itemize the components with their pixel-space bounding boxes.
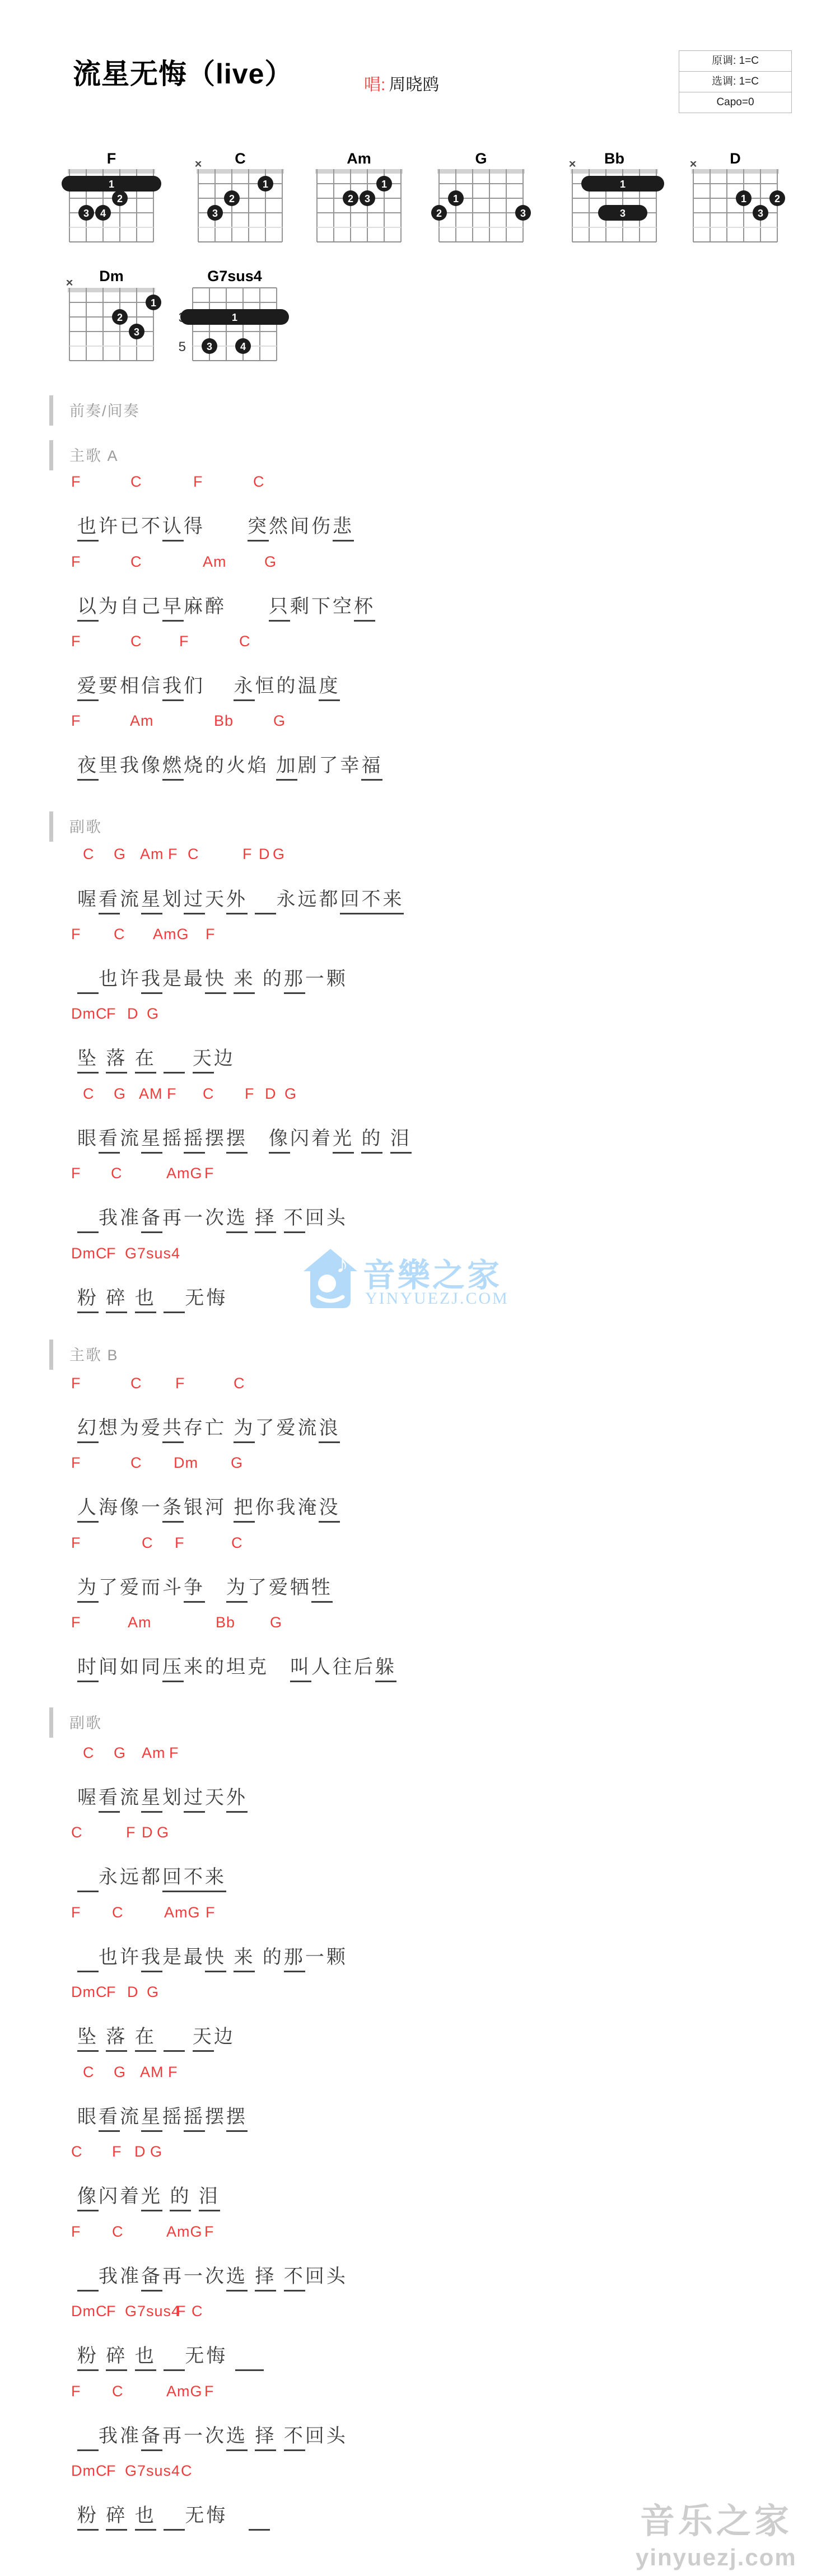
lyric-segment-underlined: 摇 xyxy=(184,1128,205,1154)
lyric-segment-underlined xyxy=(235,2345,264,2371)
chord: F xyxy=(167,1085,177,1103)
chord: G xyxy=(114,1744,126,1762)
chord: F xyxy=(169,1744,179,1762)
chord: F xyxy=(206,1904,216,1921)
lyric-segment xyxy=(269,755,276,776)
lyric-segment xyxy=(382,1128,390,1149)
lyric-segment-underlined: 悲 xyxy=(333,516,354,542)
chord: F xyxy=(71,2383,81,2400)
chord: C xyxy=(203,1085,214,1103)
chord-line: CGAMFCFDG xyxy=(0,1085,840,1108)
svg-text:2: 2 xyxy=(117,312,123,323)
lyric-segment: 摇 xyxy=(162,1128,184,1149)
chord: F xyxy=(71,1165,81,1182)
lyric-line: 像闪着光 的 泪 xyxy=(77,2181,220,2208)
chord-diagram-F: 1234 xyxy=(53,161,170,256)
lyric-segment: 你我淹 xyxy=(255,1497,319,1518)
section-bar xyxy=(49,1340,53,1370)
lyric-segment: 是最 xyxy=(162,1947,205,1968)
lyric-segment: 眼 xyxy=(77,1128,99,1149)
lyric-segment: 们 xyxy=(184,675,205,697)
svg-text:♪: ♪ xyxy=(336,1250,348,1278)
lyric-segment: 流 xyxy=(120,1128,141,1149)
chord: DmC xyxy=(71,1245,108,1262)
chord: F xyxy=(168,2064,178,2081)
chord: C xyxy=(83,1744,95,1762)
sing-label: 唱: xyxy=(364,76,385,94)
chord: C xyxy=(253,473,265,491)
lyric-segment: 再一次 xyxy=(162,1207,226,1229)
lyric-segment-underlined: 叫 xyxy=(290,1656,311,1682)
chord: C xyxy=(112,1904,124,1921)
lyric-segment-underlined: 那 xyxy=(284,1947,305,1972)
chord: C xyxy=(181,2462,193,2480)
chord: F xyxy=(71,1534,81,1552)
lyric-segment-underlined: 不 xyxy=(284,2425,305,2451)
chord: D xyxy=(134,2143,146,2160)
lyric-segment-underlined: 条 xyxy=(162,1497,184,1523)
lyric-line: 也许已不认得 突然间伤悲 xyxy=(77,511,354,538)
lyric-segment-underlined: 光 xyxy=(333,1128,354,1154)
lyric-segment: 摇 xyxy=(162,2106,184,2127)
chord: Am xyxy=(203,553,227,571)
chord-line: CGAmFCFDG xyxy=(0,846,840,868)
chord: Am xyxy=(130,712,154,730)
chord: F xyxy=(71,926,81,943)
lyric-segment: 想为爱 xyxy=(99,1417,162,1439)
chord: G xyxy=(270,1614,282,1631)
chord: C xyxy=(112,2383,124,2400)
chord: C xyxy=(71,1824,83,1841)
lyric-segment-underlined: 回不来 xyxy=(162,1866,226,1892)
lyric-segment-underlined: 也 xyxy=(135,1287,156,1313)
lyric-segment-underlined: 只 xyxy=(269,596,290,622)
lyric-segment: 再一次 xyxy=(162,2425,226,2447)
svg-text:5: 5 xyxy=(179,339,186,354)
chord-line: CFDG xyxy=(0,1824,840,1846)
chord: D xyxy=(259,846,270,863)
svg-text:×: × xyxy=(569,161,576,171)
chord-diagram-G: 123 xyxy=(422,161,540,256)
lyric-segment-underlined: 争 xyxy=(184,1577,205,1603)
lyric-segment xyxy=(226,1947,234,1968)
lyric-segment xyxy=(127,2345,134,2367)
chord: F xyxy=(206,926,216,943)
chord: G7sus4 xyxy=(125,1245,180,1262)
chord: Dm xyxy=(174,1454,198,1472)
section-label: 主歌 A xyxy=(69,444,119,465)
chord: G xyxy=(114,1085,126,1103)
lyric-segment: 喔 xyxy=(77,889,99,910)
lyric-line: 我准备再一次选 择 不回头 xyxy=(77,2420,348,2448)
lyric-segment-underlined xyxy=(77,1947,99,1972)
page-title: 流星无悔（live） xyxy=(73,52,293,92)
lyric-line: 坠 落 在 天边 xyxy=(77,2021,235,2048)
chord: F xyxy=(71,1454,81,1472)
lyric-segment: 无悔 xyxy=(185,2345,227,2367)
chord: AM xyxy=(139,1085,163,1103)
lyric-segment: 永远都 xyxy=(99,1866,162,1888)
chord-line: DmCFG7sus4FC xyxy=(0,2303,840,2325)
lyric-segment xyxy=(248,2266,255,2287)
chord: C xyxy=(112,2223,124,2241)
lyric-line: 眼看流星摇摇摆摆 xyxy=(77,2101,248,2129)
chord: C xyxy=(83,2064,95,2081)
chord: Am xyxy=(140,846,164,863)
lyric-segment-underlined: 牲 xyxy=(311,1577,333,1603)
svg-text:3: 3 xyxy=(365,193,370,204)
lyric-segment-underlined: 把 xyxy=(234,1497,255,1523)
chord: F xyxy=(168,846,178,863)
capo: Capo=0 xyxy=(679,92,792,113)
lyric-segment-underlined: 像 xyxy=(269,1128,290,1154)
lyric-line: 幻想为爱共存亡 为了爱流浪 xyxy=(77,1412,340,1440)
lyric-segment xyxy=(127,2505,134,2526)
lyric-segment: 摆 xyxy=(205,2106,226,2127)
lyric-line: 也许我是最快 来 的那一颗 xyxy=(77,963,348,991)
lyric-segment xyxy=(99,1287,106,1309)
lyric-segment-underlined: 爱 xyxy=(77,675,99,701)
lyric-segment xyxy=(156,2505,164,2526)
lyric-line: 我准备再一次选 择 不回头 xyxy=(77,2261,348,2288)
lyric-segment xyxy=(205,1577,226,1598)
lyric-segment: 的 xyxy=(255,968,283,990)
lyric-segment-underlined: 看 xyxy=(99,2106,120,2132)
watermark-mid: ♪ 音樂之家 YINYUEZJ.COM xyxy=(302,1248,358,1313)
lyric-segment-underlined xyxy=(164,1287,185,1313)
lyric-segment-underlined: 压 xyxy=(162,1656,184,1682)
chord: G xyxy=(114,2064,126,2081)
lyric-segment: 一颗 xyxy=(305,1947,348,1968)
svg-text:1: 1 xyxy=(151,297,156,309)
lyric-segment-underlined: 看 xyxy=(99,1128,120,1154)
svg-text:1: 1 xyxy=(109,179,114,190)
lyric-segment-underlined: 备 xyxy=(141,2266,162,2292)
chord: F xyxy=(179,633,189,650)
lyric-segment-underlined: 星 xyxy=(141,1787,162,1813)
chord: AmG xyxy=(164,1904,200,1921)
lyric-line: 人海像一条银河 把你我淹没 xyxy=(77,1492,340,1519)
lyric-segment: 闪着 xyxy=(290,1128,333,1149)
lyric-segment: 边 xyxy=(214,1048,235,1069)
svg-text:2: 2 xyxy=(436,208,442,219)
lyric-segment xyxy=(248,889,255,910)
lyric-segment-underlined: 看 xyxy=(99,1787,120,1813)
chord: G xyxy=(231,1454,243,1472)
lyric-segment-underlined: 碎 xyxy=(106,2505,127,2531)
chord: F xyxy=(71,633,81,650)
lyric-segment: 流 xyxy=(120,889,141,910)
lyric-segment-underlined: 那 xyxy=(284,968,305,994)
lyric-segment-underlined: 不 xyxy=(284,2266,305,2292)
lyric-segment: 麻醉 xyxy=(184,596,226,617)
lyric-line: 眼看流星摇摇摆摆 像闪着光 的 泪 xyxy=(77,1123,412,1150)
chord: F xyxy=(106,1984,116,2001)
lyric-segment-underlined: 没 xyxy=(319,1497,340,1523)
lyric-segment xyxy=(99,1048,106,1069)
chord: F xyxy=(242,846,253,863)
lyric-segment-underlined: 星 xyxy=(141,1128,162,1154)
chord: G xyxy=(157,1824,169,1841)
chord: AmG xyxy=(153,926,189,943)
lyric-segment-underlined: 为 xyxy=(226,1577,248,1603)
lyric-segment: 海像一 xyxy=(99,1497,162,1518)
lyric-segment: 存亡 xyxy=(184,1417,234,1439)
chord: C xyxy=(130,473,142,491)
lyric-segment: 银河 xyxy=(184,1497,234,1518)
lyric-line: 爱要相信我们 永恒的温度 xyxy=(77,670,340,698)
lyric-segment: 为自己 xyxy=(99,596,162,617)
section-label: 副歌 xyxy=(69,815,102,837)
lyric-segment: 边 xyxy=(214,2026,235,2047)
lyric-segment: 回头 xyxy=(305,2266,348,2287)
chord-line: FCAmG xyxy=(0,553,840,576)
lyric-segment xyxy=(226,968,234,990)
chord: F xyxy=(71,2223,81,2241)
chord-line: CFDG xyxy=(0,2143,840,2166)
lyric-segment: 恒的温 xyxy=(255,675,319,697)
lyric-segment-underlined: 星 xyxy=(141,889,162,914)
lyric-segment xyxy=(156,2026,164,2047)
chord-line: FAmBbG xyxy=(0,712,840,735)
chord: AmG xyxy=(166,2223,203,2241)
lyric-segment xyxy=(127,1048,134,1069)
lyric-segment-underlined: 来 xyxy=(234,1947,255,1972)
chord: F xyxy=(106,1245,116,1262)
lyric-segment-underlined: 为 xyxy=(234,1417,255,1443)
lyric-segment-underlined: 摆 xyxy=(226,1128,248,1154)
lyric-segment-underlined: 永 xyxy=(234,675,255,701)
lyric-segment: 要相信 xyxy=(99,675,162,697)
lyric-segment-underlined: 也 xyxy=(135,2505,156,2531)
chord: C xyxy=(142,1534,153,1552)
svg-text:4: 4 xyxy=(100,208,106,219)
svg-text:×: × xyxy=(66,280,73,290)
lyric-segment-underlined: 加 xyxy=(276,755,297,781)
lyric-line: 为了爱而斗争 为了爱牺牲 xyxy=(77,1572,333,1599)
chord: F xyxy=(193,473,203,491)
svg-text:3: 3 xyxy=(758,208,763,219)
svg-text:1: 1 xyxy=(263,179,268,190)
lyric-segment-underlined xyxy=(249,2505,270,2531)
chord: F xyxy=(245,1085,255,1103)
lyric-segment xyxy=(248,1207,255,1229)
lyric-segment-underlined: 落 xyxy=(106,1048,127,1074)
lyric-segment: 我准 xyxy=(99,2266,141,2287)
lyric-segment: 无悔 xyxy=(185,2505,227,2526)
chord: F xyxy=(71,553,81,571)
lyric-segment xyxy=(227,2505,249,2526)
chord: F xyxy=(106,1005,116,1023)
lyric-segment-underlined xyxy=(77,968,99,994)
lyric-segment-underlined: 幻 xyxy=(77,1417,99,1443)
lyric-segment-underlined: 选 xyxy=(226,1207,248,1233)
lyric-segment-underlined: 碎 xyxy=(106,1287,127,1313)
lyric-segment: 里我像 xyxy=(99,755,162,776)
chord-line: FCFC xyxy=(0,473,840,496)
chord: AmG xyxy=(166,1165,203,1182)
lyric-segment xyxy=(185,2026,192,2047)
lyric-segment xyxy=(226,596,269,617)
chord: C xyxy=(83,1085,95,1103)
lyric-line: 也许我是最快 来 的那一颗 xyxy=(77,1942,348,1969)
lyric-segment: 剧了幸 xyxy=(297,755,361,776)
section-bar xyxy=(49,440,53,470)
lyric-segment-underlined: 以 xyxy=(77,596,99,622)
lyric-segment-underlined: 早 xyxy=(162,596,184,622)
lyric-segment-underlined: 杯 xyxy=(354,596,375,622)
section-bar xyxy=(49,811,53,842)
lyric-segment-underlined: 粉 xyxy=(77,2505,99,2531)
chord: D xyxy=(127,1984,139,2001)
watermark-bottom: 音乐之家 yinyuezj.com xyxy=(636,2493,797,2571)
chord-diagram-Am: 123 xyxy=(300,161,418,256)
lyric-segment-underlined: 为 xyxy=(77,1577,99,1603)
lyric-segment xyxy=(276,2266,283,2287)
lyric-segment: 一颗 xyxy=(305,968,348,990)
chord: D xyxy=(127,1005,139,1023)
chord-line: FCFC xyxy=(0,1375,840,1397)
lyric-segment-underlined: 快 xyxy=(205,968,226,994)
lyric-segment-underlined: 来 xyxy=(234,968,255,994)
lyric-segment-underlined: 粉 xyxy=(77,1287,99,1313)
svg-text:1: 1 xyxy=(741,193,746,204)
svg-text:3: 3 xyxy=(212,208,218,219)
lyric-segment: 回头 xyxy=(305,2425,348,2447)
svg-text:1: 1 xyxy=(232,312,237,323)
chord: F xyxy=(176,2303,186,2320)
lyric-segment: 许已不 xyxy=(99,516,162,537)
lyric-segment-underlined: 突 xyxy=(248,516,269,542)
chord: C xyxy=(130,633,142,650)
svg-text:×: × xyxy=(690,161,697,171)
svg-text:1: 1 xyxy=(453,193,459,204)
chord-line: FCAmGF xyxy=(0,926,840,948)
chord: G xyxy=(273,846,285,863)
chord: F xyxy=(204,2383,214,2400)
lyric-segment-underlined: 过 xyxy=(184,889,205,914)
chord: C xyxy=(130,1375,142,1392)
lyric-segment xyxy=(99,2505,106,2526)
lyric-segment-underlined: 碎 xyxy=(106,2345,127,2371)
section-label: 副歌 xyxy=(69,1711,102,1733)
chord-diagram-D: ×123 xyxy=(676,161,794,256)
chord-line: DmCFDG xyxy=(0,1005,840,1028)
chord: D xyxy=(265,1085,277,1103)
chord: C xyxy=(192,2303,203,2320)
lyric-line: 粉 碎 也 无悔 xyxy=(77,2500,270,2527)
chord: C xyxy=(71,2143,83,2160)
chord: C xyxy=(114,926,125,943)
key-info-box: 原调: 1=C 选调: 1=C Capo=0 xyxy=(679,50,792,113)
chord: C xyxy=(239,633,251,650)
lyric-segment-underlined xyxy=(77,1866,99,1892)
lyric-segment-underlined: 坠 xyxy=(77,1048,99,1074)
lyric-segment-underlined: 粉 xyxy=(77,2345,99,2371)
lyric-segment: 人往后 xyxy=(311,1656,375,1678)
singer-name: 周晓鸥 xyxy=(389,76,439,94)
lyric-segment: 剩下空 xyxy=(290,596,354,617)
lyric-segment-underlined: 浪 xyxy=(319,1417,340,1443)
lyric-segment-underlined: 人 xyxy=(77,1497,99,1523)
chord: C xyxy=(234,1375,245,1392)
singer-line: 唱:周晓鸥 xyxy=(364,71,439,95)
chord-line: FCAmGF xyxy=(0,1904,840,1926)
lyric-segment-underlined xyxy=(77,2425,99,2451)
lyric-segment xyxy=(276,1207,283,1229)
chord: F xyxy=(106,2462,116,2480)
lyric-segment-underlined: 外 xyxy=(226,889,248,914)
chord: G xyxy=(273,712,286,730)
lyric-segment-underlined xyxy=(164,2026,185,2052)
chord: G7sus4 xyxy=(125,2462,180,2480)
svg-text:3: 3 xyxy=(207,341,212,352)
chord: G xyxy=(264,553,277,571)
svg-text:2: 2 xyxy=(348,193,353,204)
lyric-segment: 流 xyxy=(120,1787,141,1808)
lyric-segment xyxy=(99,2345,106,2367)
lyric-line: 夜里我像燃烧的火焰 加剧了幸福 xyxy=(77,750,382,777)
chord: Bb xyxy=(214,712,234,730)
lyric-segment-underlined: 坠 xyxy=(77,2026,99,2052)
lyric-segment xyxy=(269,1656,290,1678)
lyric-line: 喔看流星划过天外 永远都回不来 xyxy=(77,884,404,911)
lyric-segment-underlined: 摇 xyxy=(184,2106,205,2132)
lyric-segment-underlined xyxy=(164,1048,185,1074)
lyric-segment: 无悔 xyxy=(185,1287,227,1309)
lyric-segment xyxy=(205,516,248,537)
lyric-segment: 了爱牺 xyxy=(248,1577,311,1598)
lyric-segment-underlined: 的 xyxy=(170,2186,191,2211)
lyric-segment-underlined: 不 xyxy=(284,1207,305,1233)
lyric-segment xyxy=(156,2345,164,2367)
chord: C xyxy=(130,553,142,571)
svg-text:4: 4 xyxy=(240,341,246,352)
section-label: 主歌 B xyxy=(69,1343,119,1365)
lyric-line: 我准备再一次选 择 不回头 xyxy=(77,1202,348,1230)
chord: F xyxy=(175,1534,185,1552)
lyric-segment-underlined: 外 xyxy=(226,1787,248,1813)
lyric-segment-underlined: 看 xyxy=(99,889,120,914)
chord-line: FCDmG xyxy=(0,1454,840,1477)
lyric-segment-underlined: 共 xyxy=(162,1417,184,1443)
chord: DmC xyxy=(71,2303,108,2320)
chord: G7sus4 xyxy=(125,2303,180,2320)
lyric-segment: 然间伤 xyxy=(269,516,333,537)
svg-text:×: × xyxy=(195,161,202,171)
lyric-segment: 再一次 xyxy=(162,2266,226,2287)
lyric-segment-underlined: 择 xyxy=(255,1207,276,1233)
chord: C xyxy=(188,846,199,863)
lyric-segment-underlined: 时 xyxy=(77,1656,99,1682)
chord: C xyxy=(231,1534,243,1552)
lyric-segment: 也许 xyxy=(99,968,141,990)
svg-text:3: 3 xyxy=(83,208,89,219)
lyric-segment-underlined: 泪 xyxy=(390,1128,412,1154)
section-bar xyxy=(49,1707,53,1738)
lyric-segment-underlined: 快 xyxy=(205,1947,226,1972)
lyric-segment xyxy=(248,2425,255,2447)
chord: F xyxy=(112,2143,122,2160)
lyric-segment: 来的坦克 xyxy=(184,1656,269,1678)
chord: G xyxy=(114,846,126,863)
lyric-segment-underlined: 福 xyxy=(361,755,382,781)
watermark-bottom-en: yinyuezj.com xyxy=(636,2544,797,2571)
lyric-segment-underlined: 天 xyxy=(193,1048,214,1074)
lyric-segment: 我准 xyxy=(99,1207,141,1229)
chord: AmG xyxy=(166,2383,203,2400)
lyric-segment xyxy=(127,2026,134,2047)
